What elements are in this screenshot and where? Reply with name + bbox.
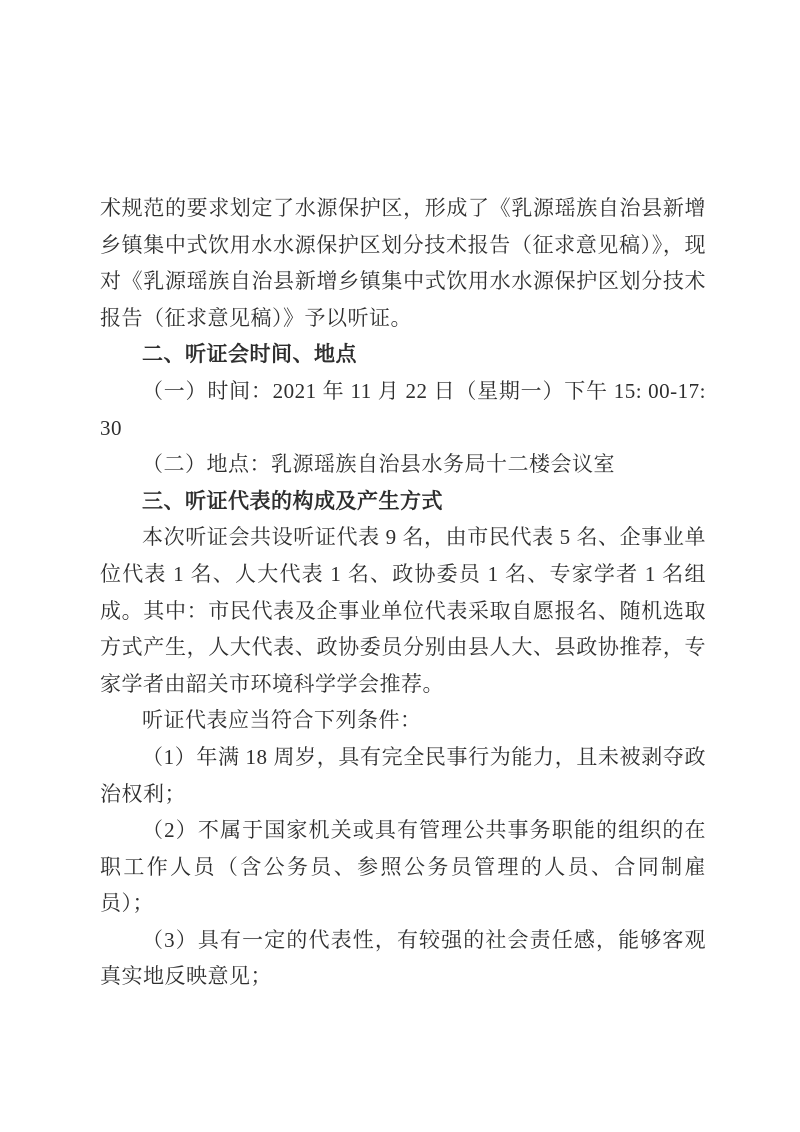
paragraph: 术规范的要求划定了水源保护区，形成了《乳源瑶族自治县新增乡镇集中式饮用水水源保护… — [100, 190, 706, 336]
paragraph: （二）地点：乳源瑶族自治县水务局十二楼会议室 — [100, 446, 706, 483]
paragraph: （一）时间：2021 年 11 月 22 日（星期一）下午 15: 00-17:… — [100, 373, 706, 446]
paragraph: （1）年满 18 周岁，具有完全民事行为能力，且未被剥夺政治权利； — [100, 739, 706, 812]
section-heading: 二、听证会时间、地点 — [100, 336, 706, 373]
document-page: 术规范的要求划定了水源保护区，形成了《乳源瑶族自治县新增乡镇集中式饮用水水源保护… — [0, 0, 800, 1132]
text-block: 术规范的要求划定了水源保护区，形成了《乳源瑶族自治县新增乡镇集中式饮用水水源保护… — [100, 190, 706, 995]
paragraph: （2）不属于国家机关或具有管理公共事务职能的组织的在职工作人员（含公务员、参照公… — [100, 812, 706, 922]
paragraph: 本次听证会共设听证代表 9 名，由市民代表 5 名、企事业单位代表 1 名、人大… — [100, 519, 706, 702]
paragraph: （3）具有一定的代表性，有较强的社会责任感，能够客观真实地反映意见； — [100, 922, 706, 995]
section-heading: 三、听证代表的构成及产生方式 — [100, 483, 706, 520]
paragraph: 听证代表应当符合下列条件： — [100, 702, 706, 739]
